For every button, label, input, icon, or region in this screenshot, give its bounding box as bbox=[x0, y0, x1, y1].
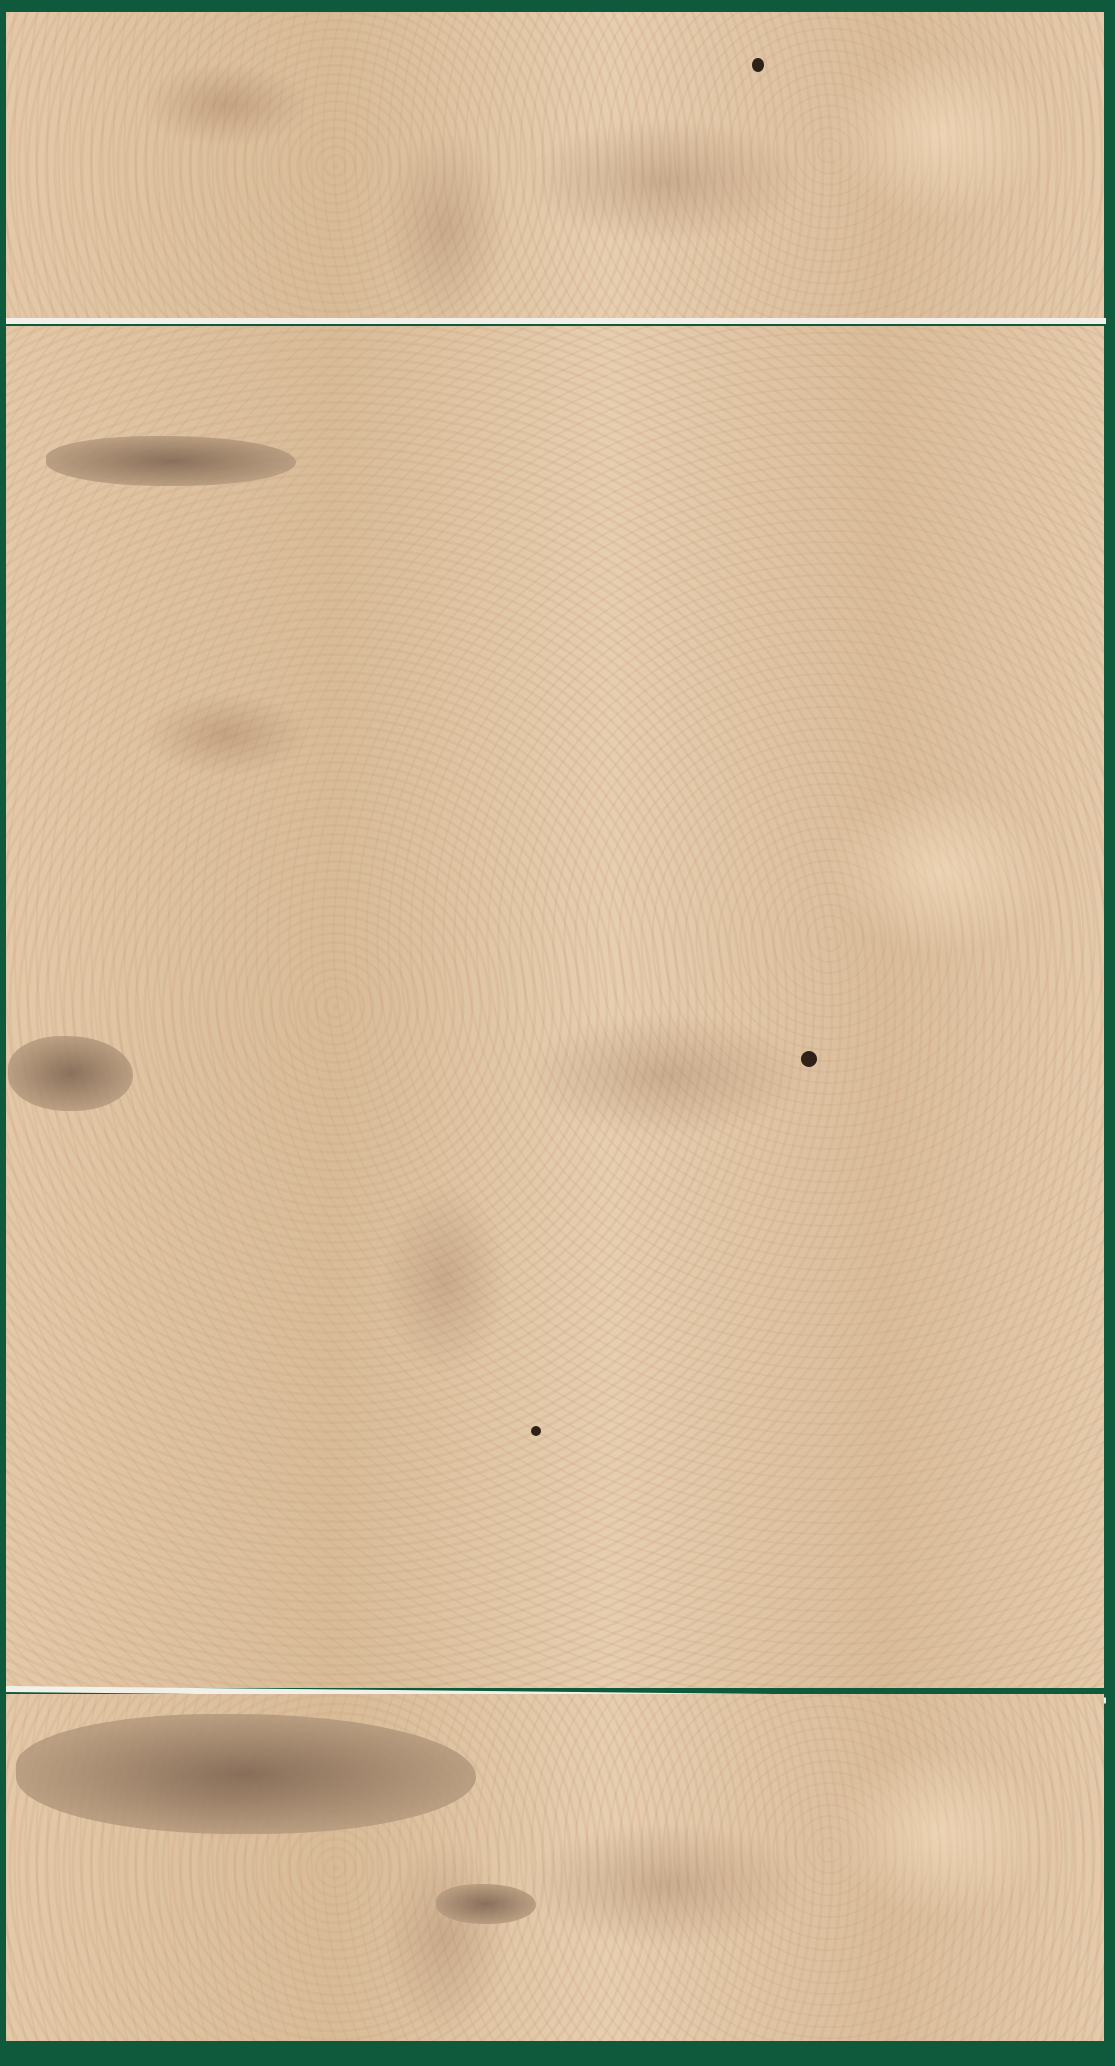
sheet-gap-top bbox=[6, 318, 1106, 324]
veneer-sheet-middle bbox=[6, 326, 1104, 1688]
bark-inclusion bbox=[8, 1036, 133, 1111]
dark-figure bbox=[16, 1714, 476, 1834]
dark-figure bbox=[46, 436, 296, 486]
knot bbox=[531, 1426, 541, 1436]
knot bbox=[752, 58, 764, 72]
veneer-sheet-top bbox=[6, 12, 1104, 320]
dark-figure bbox=[436, 1884, 536, 1924]
veneer-sheet-bottom bbox=[6, 1694, 1104, 2041]
knot bbox=[801, 1051, 817, 1067]
